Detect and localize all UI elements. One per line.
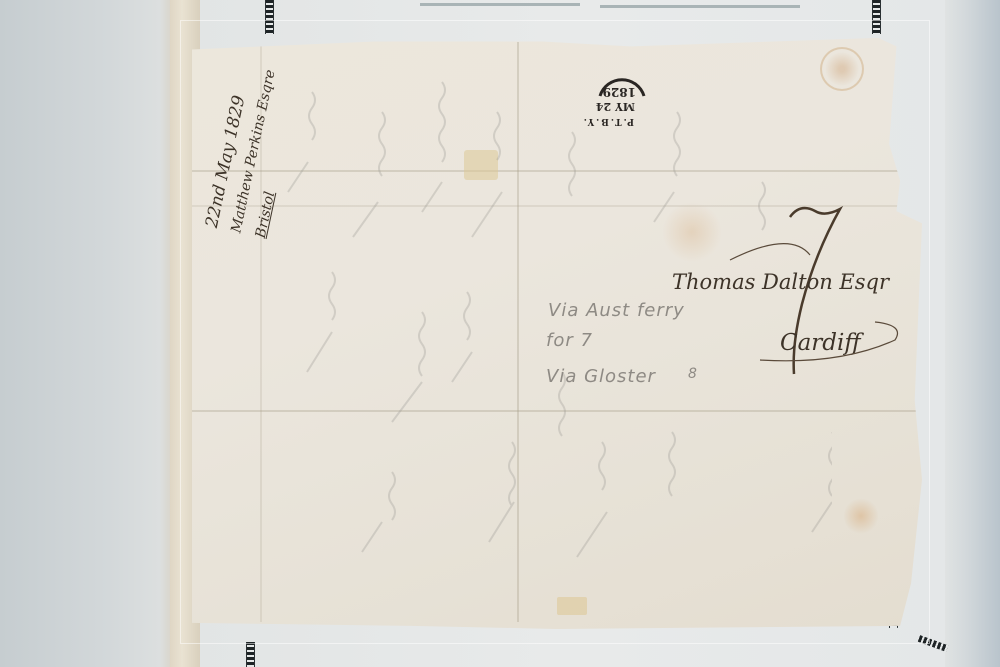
album-left-page xyxy=(0,0,182,667)
album-border-right-top xyxy=(872,0,881,34)
album-title-rule-right xyxy=(600,5,800,8)
address-flourish xyxy=(690,240,910,370)
pencil-note-aside: 8 xyxy=(688,366,698,382)
album-border-left-bottom xyxy=(246,642,255,667)
postmark-date: MY 24 xyxy=(596,100,635,113)
album-title-rule-left xyxy=(420,3,580,6)
pencil-note-route-gloster: Via Gloster xyxy=(546,366,656,387)
album-page-edge xyxy=(945,0,1000,667)
pencil-note-route-aust: Via Aust ferry xyxy=(548,300,685,321)
pencil-note-rate: for 7 xyxy=(546,330,593,351)
album-border-left-top xyxy=(265,0,274,34)
circular-datestamp-postmark: P.T.B.Y. MY 24 1829 xyxy=(594,74,650,130)
foxing-stain-lower xyxy=(844,497,878,535)
postmark-year: 1829 xyxy=(603,85,636,99)
postmark-arc-text: P.T.B.Y. xyxy=(582,116,634,126)
